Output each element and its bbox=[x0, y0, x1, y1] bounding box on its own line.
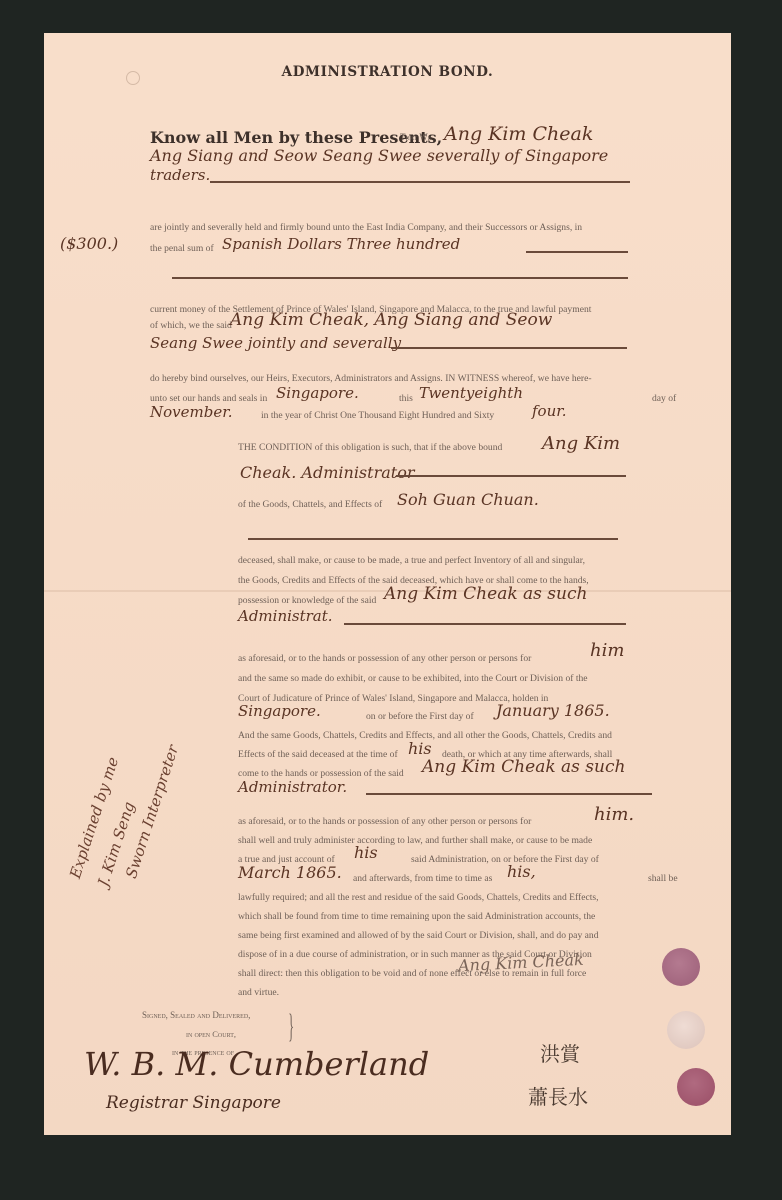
account-line-5: lawfully required; and all the rest and … bbox=[238, 892, 599, 903]
that-we: That We bbox=[400, 132, 431, 142]
signed-sealed: Signed, Sealed and Delivered, bbox=[142, 1010, 250, 1020]
condition-line-1: THE CONDITION of this obligation is such… bbox=[238, 442, 502, 453]
hand-admin-2: Administrat. bbox=[238, 607, 333, 625]
hand-names-3: traders. bbox=[150, 166, 210, 184]
opening-gothic: Know all Men by these Presents, bbox=[150, 128, 442, 147]
account-line-6: which shall be found from time to time r… bbox=[238, 911, 595, 922]
hand-bound-2: Cheak. Administrator bbox=[240, 463, 414, 482]
hand-his-2: his bbox=[354, 843, 378, 862]
hand-him-1: him bbox=[590, 640, 624, 661]
account-line-4-end: shall be bbox=[648, 873, 678, 884]
hand-payment-names-1: Ang Kim Cheak, Ang Siang and Seow bbox=[230, 310, 552, 330]
hand-year: four. bbox=[532, 402, 567, 420]
fill-line bbox=[526, 251, 628, 253]
witness-line-1: do hereby bind ourselves, our Heirs, Exe… bbox=[150, 373, 592, 384]
goods-of: of the Goods, Chattels, and Effects of bbox=[238, 499, 382, 510]
chinese-signature-1: 洪賞 bbox=[540, 1038, 580, 1067]
fill-line bbox=[344, 623, 626, 625]
inventory-line-3: possession or knowledge of the said bbox=[238, 595, 376, 606]
fill-line bbox=[210, 181, 630, 183]
wax-seal-1 bbox=[662, 948, 700, 986]
wax-seal-3 bbox=[677, 1068, 715, 1106]
signature-witness-2: Registrar Singapore bbox=[106, 1093, 281, 1113]
chinese-signature-2: 蕭長水 bbox=[528, 1081, 588, 1110]
hand-his-3: his, bbox=[507, 862, 536, 881]
witness-year: in the year of Christ One Thousand Eight… bbox=[261, 410, 494, 421]
hand-admin-1: Ang Kim Cheak as such bbox=[384, 584, 587, 604]
hand-names-2: Ang Siang and Seow Seang Swee severally … bbox=[150, 146, 608, 165]
account-line-1: as aforesaid, or to the hands or possess… bbox=[238, 816, 531, 827]
hand-payment-names-2: Seang Swee jointly and severally bbox=[150, 334, 401, 352]
account-line-10: and virtue. bbox=[238, 987, 279, 998]
in-open-court: in open Court, bbox=[186, 1029, 236, 1039]
brace: } bbox=[288, 1008, 294, 1046]
witness-this: this bbox=[399, 393, 413, 404]
hand-names-1: Ang Kim Cheak bbox=[444, 123, 593, 145]
hand-day: Twentyeighth bbox=[419, 384, 523, 402]
account-line-3b: said Administration, on or before the Fi… bbox=[411, 854, 599, 865]
signature-witness-1: W. B. M. Cumberland bbox=[84, 1045, 429, 1083]
account-line-4: and afterwards, from time to time as bbox=[353, 873, 492, 884]
hand-his-1: his bbox=[408, 739, 432, 758]
account-line-7: same being first examined and allowed of… bbox=[238, 930, 599, 941]
fill-line bbox=[248, 538, 618, 540]
hand-month: November. bbox=[150, 403, 233, 421]
bound-line-2: the penal sum of bbox=[150, 243, 214, 254]
fill-line bbox=[366, 793, 652, 795]
payment-line-2: of which, we the said bbox=[150, 320, 232, 331]
hand-goods-admin-1: Ang Kim Cheak as such bbox=[422, 757, 625, 777]
inventory-line-1: deceased, shall make, or cause to be mad… bbox=[238, 555, 585, 566]
document-title: ADMINISTRATION BOND. bbox=[44, 64, 731, 80]
before-text: on or before the First day of bbox=[366, 711, 474, 722]
hand-date-jan: January 1865. bbox=[496, 701, 610, 720]
margin-amount: ($300.) bbox=[60, 234, 118, 253]
hand-deceased: Soh Guan Chuan. bbox=[397, 490, 539, 509]
hand-date-mar: March 1865. bbox=[238, 863, 342, 882]
wax-seal-2 bbox=[667, 1011, 705, 1049]
bound-line-1: are jointly and severally held and firml… bbox=[150, 222, 582, 233]
inventory-line-4: as aforesaid, or to the hands or possess… bbox=[238, 653, 531, 664]
inventory-line-5: and the same so made do exhibit, or caus… bbox=[238, 673, 588, 684]
hand-court-place: Singapore. bbox=[238, 702, 321, 720]
fill-line bbox=[396, 475, 626, 477]
hand-him-2: him. bbox=[594, 804, 634, 825]
account-line-2: shall well and truly administer accordin… bbox=[238, 835, 592, 846]
hand-place: Singapore. bbox=[276, 384, 359, 402]
hand-goods-admin-2: Administrator. bbox=[238, 778, 347, 796]
fill-line bbox=[391, 347, 627, 349]
hand-bound-1: Ang Kim bbox=[542, 433, 620, 454]
hand-sum: Spanish Dollars Three hundred bbox=[222, 235, 460, 253]
bond-document: ADMINISTRATION BOND. Know all Men by the… bbox=[44, 33, 731, 1135]
goods-line-2a: Effects of the said deceased at the time… bbox=[238, 749, 398, 760]
fill-line bbox=[172, 277, 628, 279]
witness-day-of: day of bbox=[652, 393, 676, 404]
